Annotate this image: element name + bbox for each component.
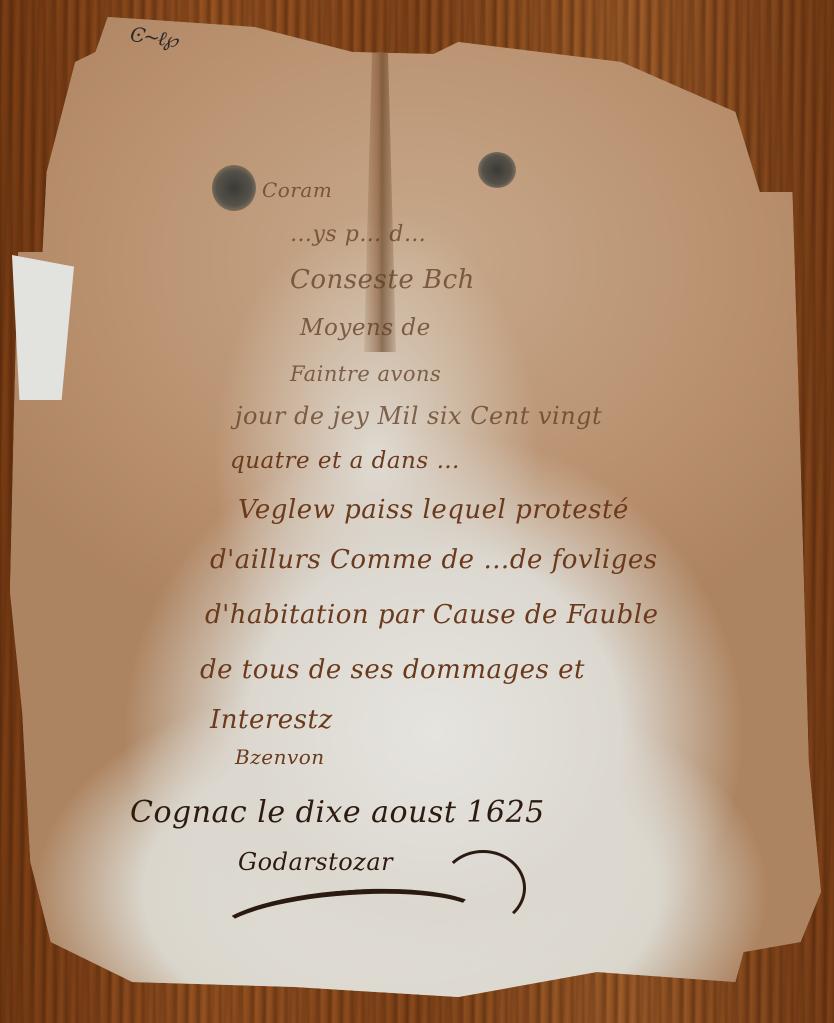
text-line-1: Coram bbox=[262, 178, 332, 202]
text-line-2: …ys p… d… bbox=[290, 222, 426, 247]
signature: Godarstozar bbox=[238, 848, 393, 876]
text-line-7: quatre et a dans … bbox=[230, 448, 460, 474]
text-line-13: Bzenvon bbox=[235, 745, 325, 769]
text-line-3: Conseste Bch bbox=[290, 265, 475, 295]
text-line-5: Faintre avons bbox=[290, 362, 441, 386]
text-line-9: d'aillurs Comme de …de fovliges bbox=[210, 545, 658, 575]
text-line-6: jour de jey Mil six Cent vingt bbox=[235, 402, 602, 430]
text-line-12: Interestz bbox=[210, 705, 333, 735]
ink-blot-left bbox=[212, 165, 256, 211]
signature-loop bbox=[440, 850, 526, 926]
text-line-11: de tous de ses dommages et bbox=[200, 655, 585, 685]
closing-place-date: Cognac le dixe aoust 1625 bbox=[130, 795, 545, 830]
paper-fold-crease bbox=[360, 52, 400, 352]
text-line-4: Moyens de bbox=[300, 315, 431, 341]
text-line-10: d'habitation par Cause de Fauble bbox=[205, 600, 659, 630]
text-line-8: Veglew paiss lequel protesté bbox=[238, 495, 629, 525]
ink-blot-right bbox=[478, 152, 516, 188]
